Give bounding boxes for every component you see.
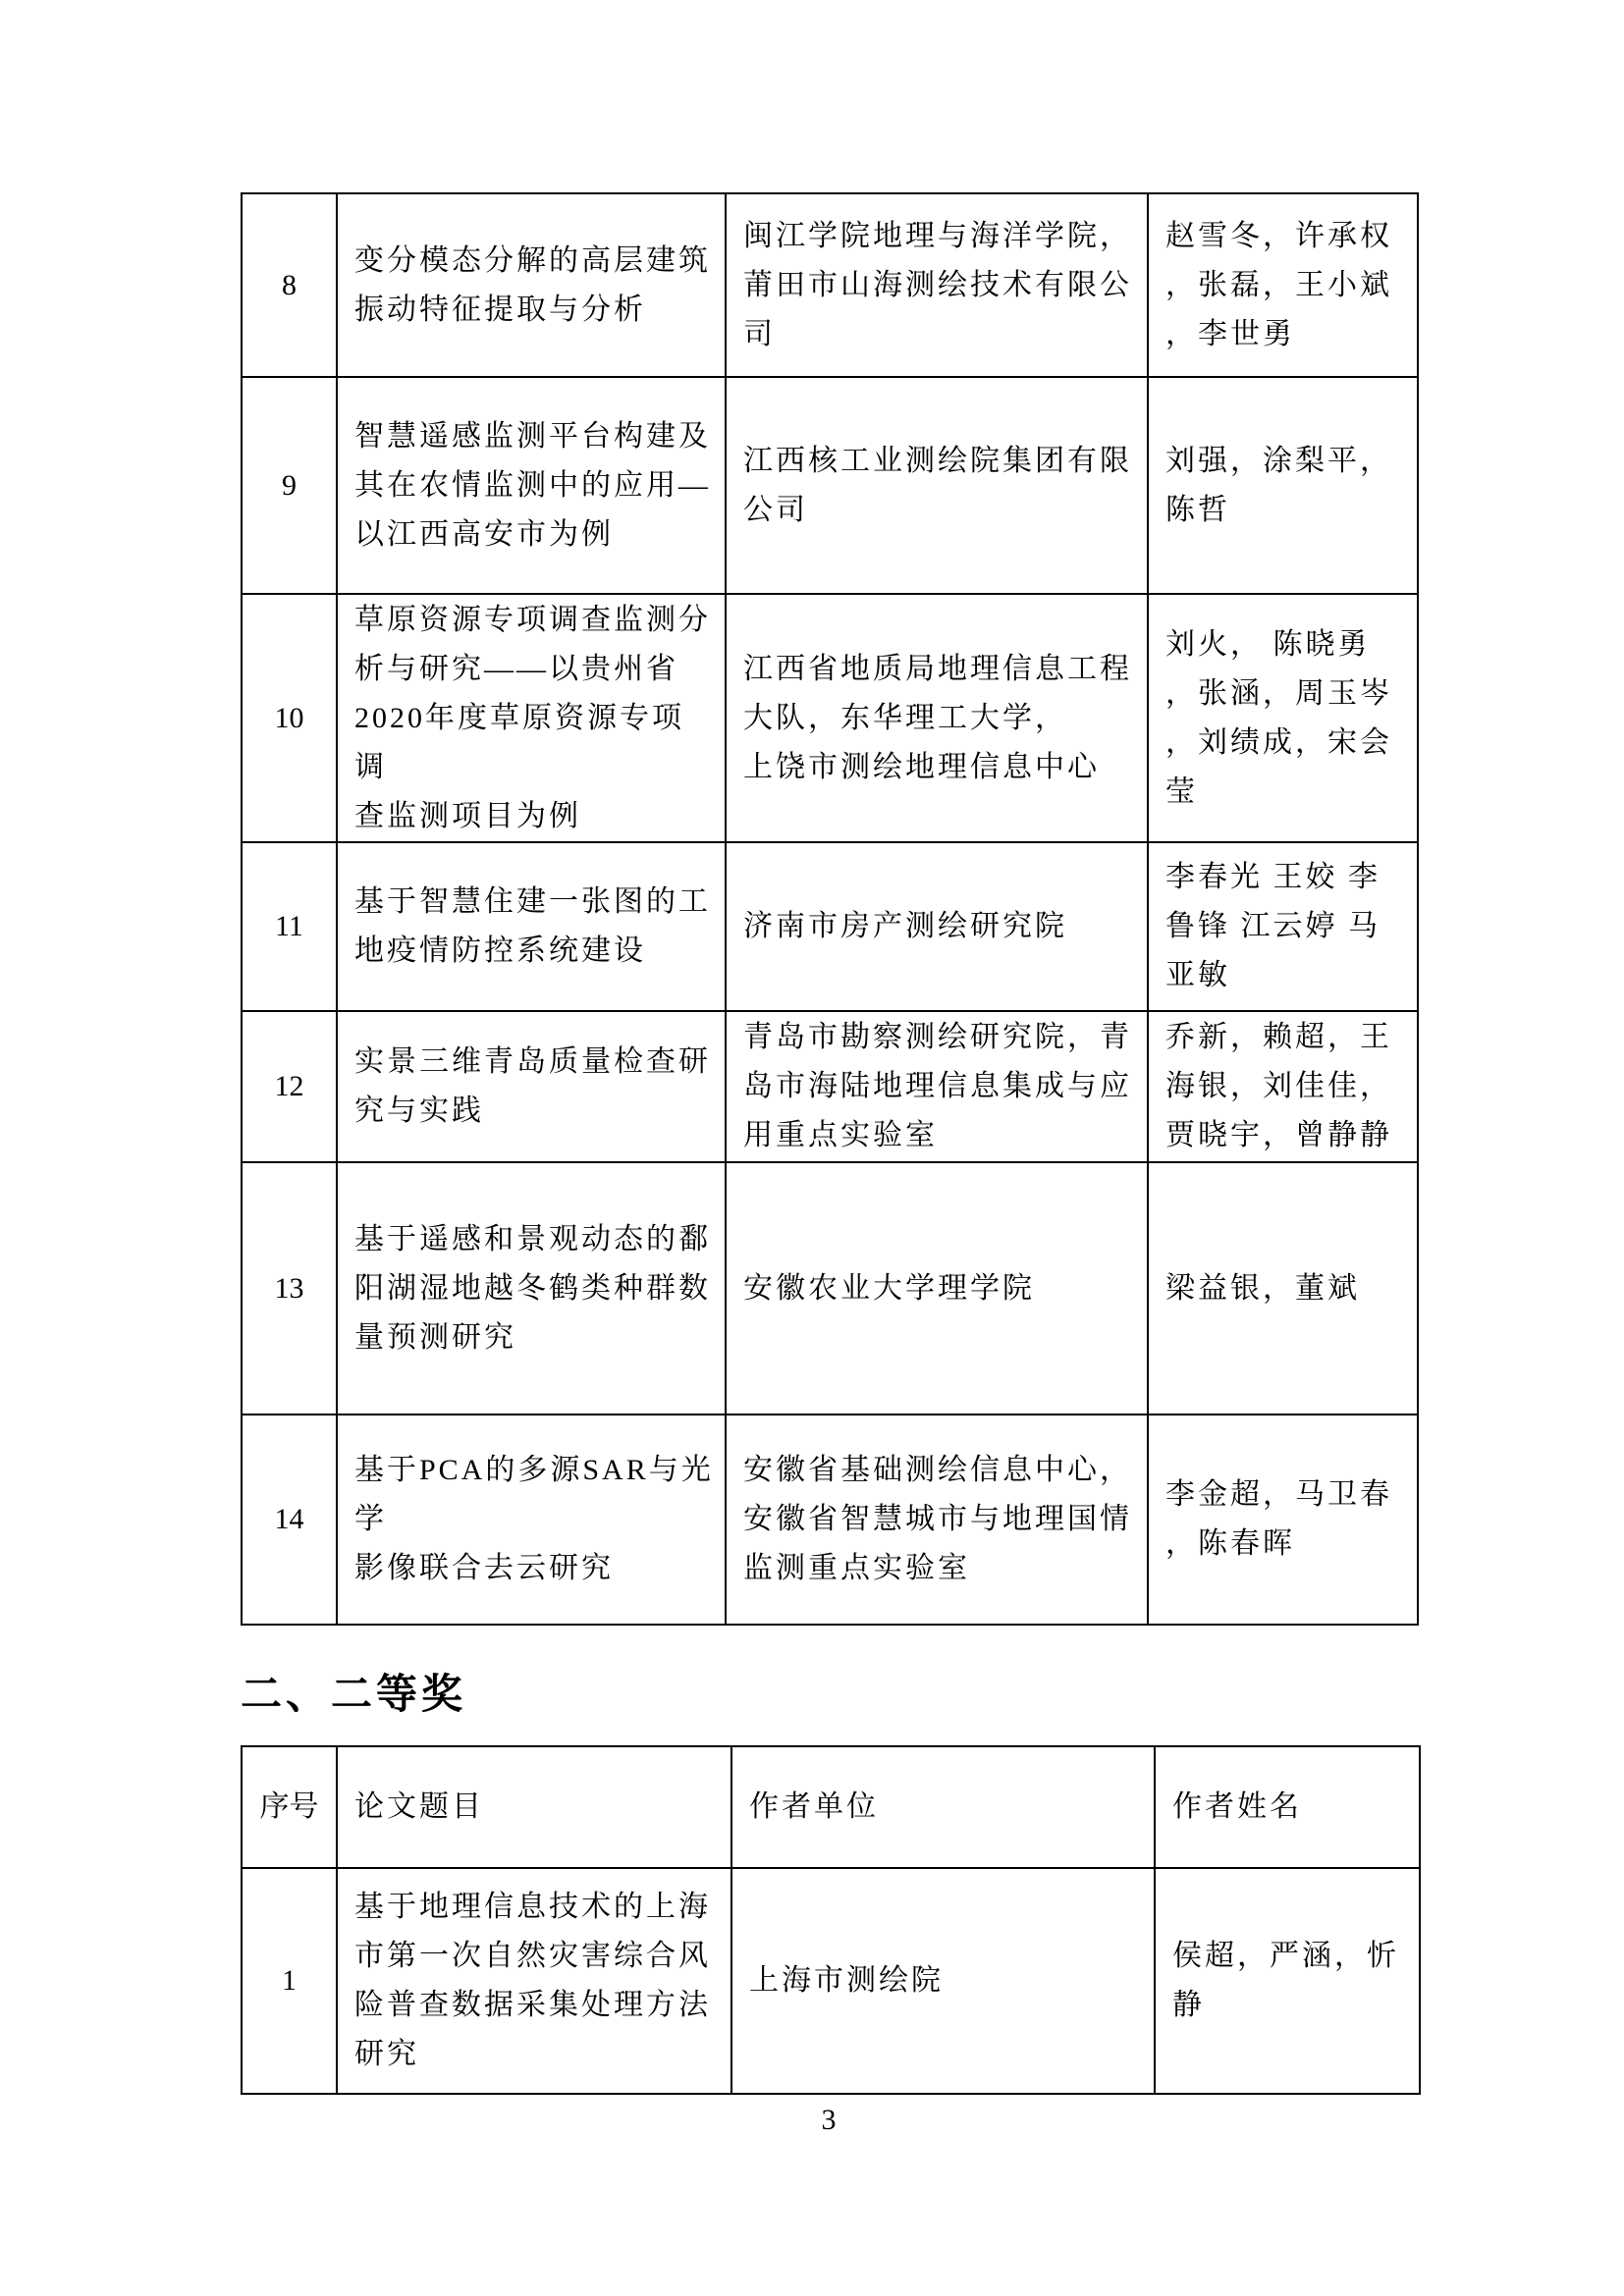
table-row: 12 实景三维青岛质量检查研 究与实践 青岛市勘察测绘研究院，青 岛市海陆地理信…: [242, 1011, 1418, 1162]
cell-author-unit: 闽江学院地理与海洋学院， 莆田市山海测绘技术有限公 司: [726, 193, 1148, 377]
first-prize-table-continued: 8 变分模态分解的高层建筑 振动特征提取与分析 闽江学院地理与海洋学院， 莆田市…: [241, 192, 1419, 1626]
cell-index: 13: [242, 1162, 337, 1415]
cell-author-names: 刘火， 陈晓勇 ，张涵，周玉岑 ，刘绩成，宋会 莹: [1148, 594, 1418, 842]
cell-index: 11: [242, 842, 337, 1011]
document-page: 8 变分模态分解的高层建筑 振动特征提取与分析 闽江学院地理与海洋学院， 莆田市…: [0, 0, 1624, 2296]
table-row: 13 基于遥感和景观动态的鄱 阳湖湿地越冬鹤类种群数 量预测研究 安徽农业大学理…: [242, 1162, 1418, 1415]
cell-paper-title: 基于PCA的多源SAR与光学 影像联合去云研究: [337, 1415, 726, 1625]
cell-index: 8: [242, 193, 337, 377]
cell-author-unit: 安徽农业大学理学院: [726, 1162, 1148, 1415]
cell-paper-title: 实景三维青岛质量检查研 究与实践: [337, 1011, 726, 1162]
cell-author-names: 梁益银，董斌: [1148, 1162, 1418, 1415]
cell-author-unit: 济南市房产测绘研究院: [726, 842, 1148, 1011]
cell-author-unit: 江西省地质局地理信息工程 大队，东华理工大学， 上饶市测绘地理信息中心: [726, 594, 1148, 842]
cell-author-names: 李金超，马卫春 ，陈春晖: [1148, 1415, 1418, 1625]
column-header-paper-title: 论文题目: [337, 1746, 731, 1868]
cell-index: 10: [242, 594, 337, 842]
cell-paper-title: 基于地理信息技术的上海 市第一次自然灾害综合风 险普查数据采集处理方法 研究: [337, 1868, 731, 2094]
cell-paper-title: 变分模态分解的高层建筑 振动特征提取与分析: [337, 193, 726, 377]
cell-author-names: 乔新，赖超，王 海银，刘佳佳， 贾晓宇，曾静静: [1148, 1011, 1418, 1162]
table-header-row: 序号 论文题目 作者单位 作者姓名: [242, 1746, 1420, 1868]
cell-author-unit: 上海市测绘院: [731, 1868, 1155, 2094]
cell-paper-title: 草原资源专项调查监测分 析与研究——以贵州省 2020年度草原资源专项调 查监测…: [337, 594, 726, 842]
table-row: 8 变分模态分解的高层建筑 振动特征提取与分析 闽江学院地理与海洋学院， 莆田市…: [242, 193, 1418, 377]
cell-author-names: 侯超，严涵，忻 静: [1155, 1868, 1420, 2094]
column-header-author-names: 作者姓名: [1155, 1746, 1420, 1868]
second-prize-table: 序号 论文题目 作者单位 作者姓名 1 基于地理信息技术的上海 市第一次自然灾害…: [241, 1745, 1421, 2095]
column-header-author-unit: 作者单位: [731, 1746, 1155, 1868]
cell-author-unit: 江西核工业测绘院集团有限 公司: [726, 377, 1148, 594]
cell-index: 14: [242, 1415, 337, 1625]
cell-author-names: 赵雪冬，许承权 ，张磊，王小斌 ，李世勇: [1148, 193, 1418, 377]
page-number: 3: [241, 2099, 1417, 2142]
cell-index: 1: [242, 1868, 337, 2094]
cell-author-unit: 安徽省基础测绘信息中心， 安徽省智慧城市与地理国情 监测重点实验室: [726, 1415, 1148, 1625]
cell-author-names: 李春光 王姣 李 鲁锋 江云婷 马 亚敏: [1148, 842, 1418, 1011]
column-header-index: 序号: [242, 1746, 337, 1868]
cell-index: 9: [242, 377, 337, 594]
table-row: 9 智慧遥感监测平台构建及 其在农情监测中的应用— 以江西高安市为例 江西核工业…: [242, 377, 1418, 594]
cell-paper-title: 基于智慧住建一张图的工 地疫情防控系统建设: [337, 842, 726, 1011]
cell-author-unit: 青岛市勘察测绘研究院，青 岛市海陆地理信息集成与应 用重点实验室: [726, 1011, 1148, 1162]
cell-author-names: 刘强，涂梨平， 陈哲: [1148, 377, 1418, 594]
table-row: 14 基于PCA的多源SAR与光学 影像联合去云研究 安徽省基础测绘信息中心， …: [242, 1415, 1418, 1625]
cell-index: 12: [242, 1011, 337, 1162]
section-heading-second-prize: 二、二等奖: [241, 1667, 466, 1724]
table-row: 10 草原资源专项调查监测分 析与研究——以贵州省 2020年度草原资源专项调 …: [242, 594, 1418, 842]
table-row: 1 基于地理信息技术的上海 市第一次自然灾害综合风 险普查数据采集处理方法 研究…: [242, 1868, 1420, 2094]
cell-paper-title: 基于遥感和景观动态的鄱 阳湖湿地越冬鹤类种群数 量预测研究: [337, 1162, 726, 1415]
table-row: 11 基于智慧住建一张图的工 地疫情防控系统建设 济南市房产测绘研究院 李春光 …: [242, 842, 1418, 1011]
cell-paper-title: 智慧遥感监测平台构建及 其在农情监测中的应用— 以江西高安市为例: [337, 377, 726, 594]
